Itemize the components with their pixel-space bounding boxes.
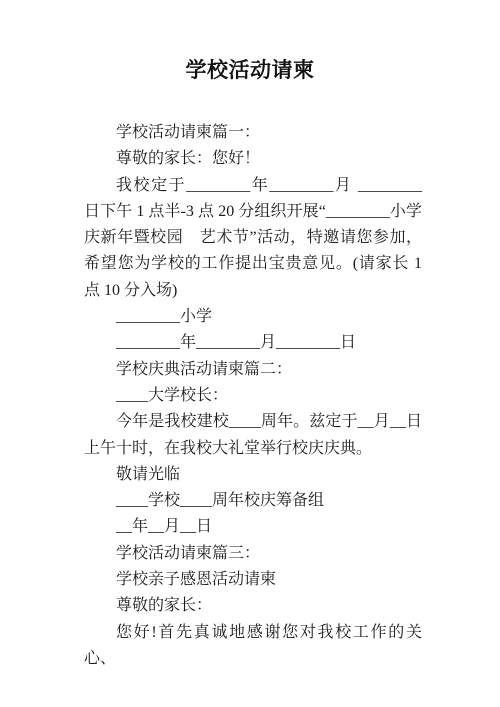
document-page: 学校活动请柬 学校活动请柬篇一： 尊敬的家长：您好！ 我校定于________年… [0,0,500,707]
document-paragraph: 我校定于________年________月 ________ 日下午 1 点半… [84,173,422,304]
document-paragraph: 尊敬的家长： [84,593,422,619]
document-paragraph: ________年________月________日 [84,330,422,356]
document-paragraph: 今年是我校建校____周年。兹定于__月__日上午十时，在我校大礼堂举行校庆庆典… [84,409,422,462]
document-paragraph: 尊敬的家长：您好！ [84,146,422,172]
document-paragraph: 敬请光临 [84,462,422,488]
document-paragraph: ________小学 [84,304,422,330]
document-paragraph: 学校活动请柬篇一： [84,120,422,146]
document-paragraph: ____学校____周年校庆筹备组 [84,488,422,514]
document-paragraph: 学校庆典活动请柬篇二： [84,357,422,383]
document-paragraph: 学校活动请柬篇三： [84,541,422,567]
document-paragraph: 学校亲子感恩活动请柬 [84,567,422,593]
document-paragraph: 您好!首先真诚地感谢您对我校工作的关心、 [84,620,422,673]
document-title: 学校活动请柬 [0,58,500,83]
document-body: 学校活动请柬篇一： 尊敬的家长：您好！ 我校定于________年_______… [84,120,422,672]
document-paragraph: ____大学校长： [84,383,422,409]
document-paragraph: __年__月__日 [84,514,422,540]
